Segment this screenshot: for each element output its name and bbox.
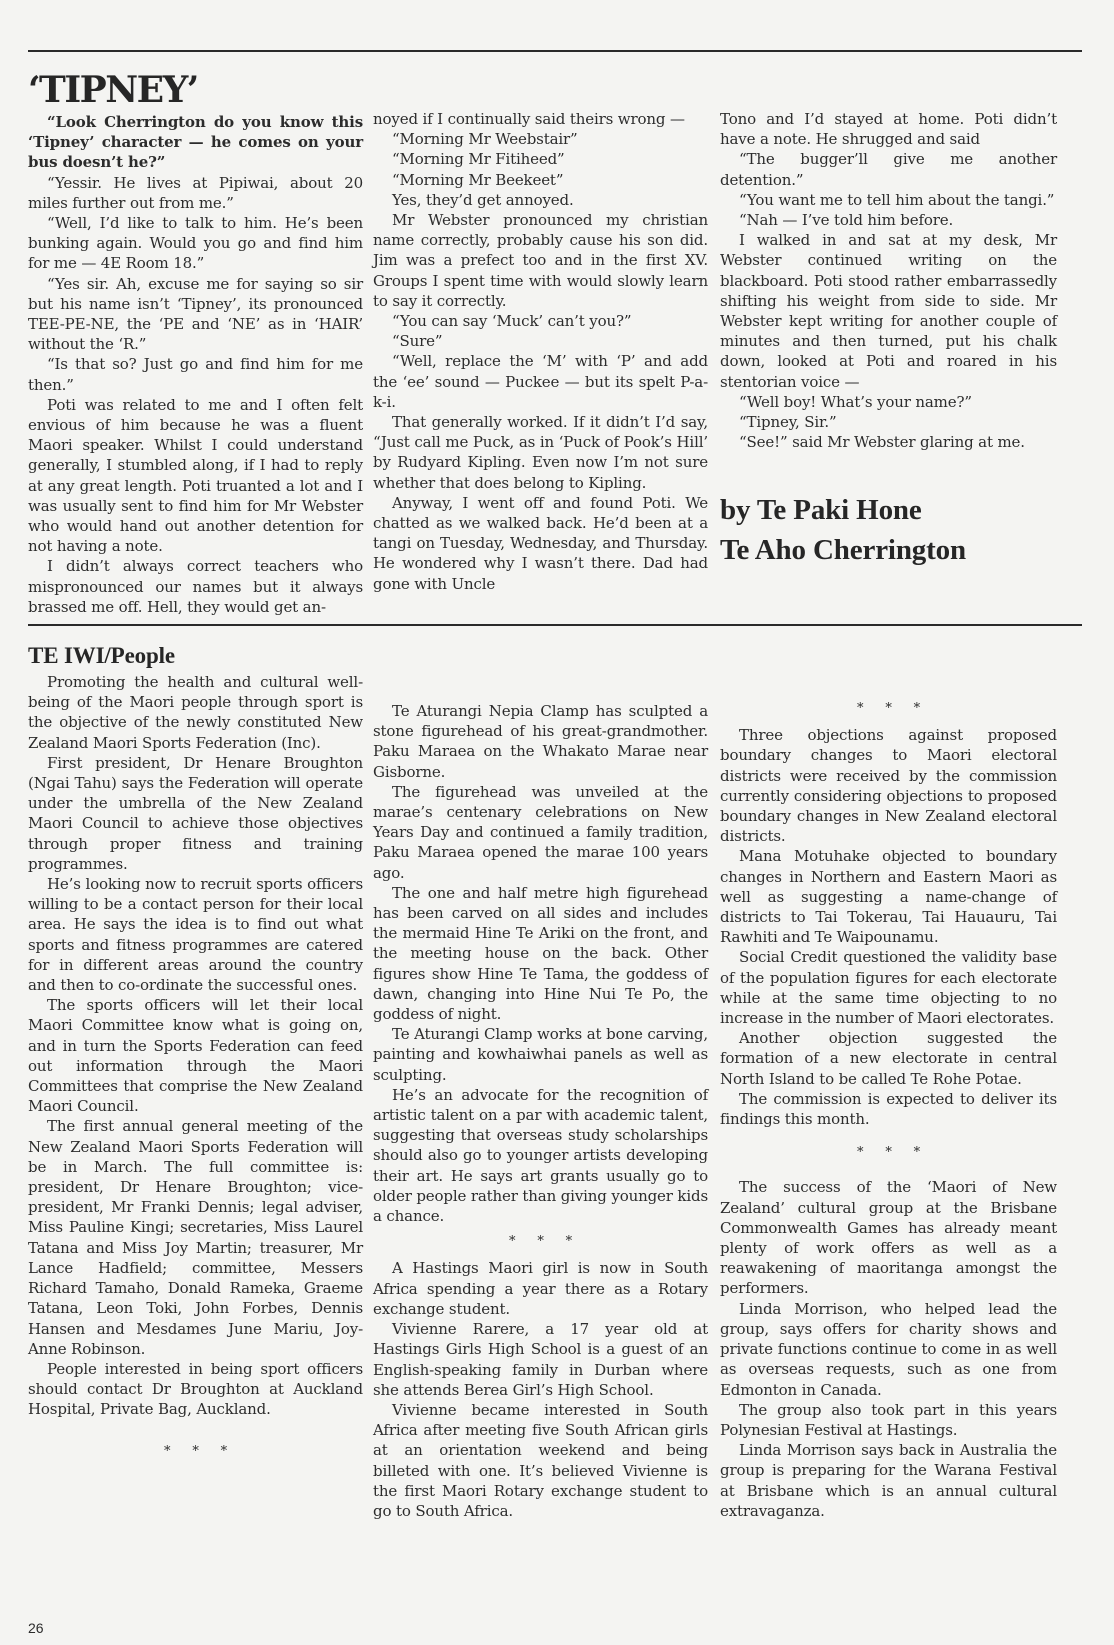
section-separator: * * * <box>373 1232 708 1252</box>
paragraph: “The bugger’ll give me another detention… <box>720 149 1057 189</box>
paragraph: People interested in being sport officer… <box>28 1359 363 1420</box>
paragraph: “Tipney, Sir.” <box>720 412 1057 432</box>
middle-rule <box>28 624 1082 626</box>
paragraph: I didn’t always correct teachers who mis… <box>28 556 363 617</box>
paragraph: Social Credit questioned the validity ba… <box>720 947 1057 1028</box>
te-iwi-column-2: Te Aturangi Nepia Clamp has sculpted a s… <box>373 701 708 1521</box>
section-separator: * * * <box>28 1442 363 1462</box>
paragraph: The commission is expected to deliver it… <box>720 1089 1057 1129</box>
paragraph: Tono and I’d stayed at home. Poti didn’t… <box>720 109 1057 149</box>
paragraph: Linda Morrison, who helped lead the grou… <box>720 1299 1057 1400</box>
paragraph: Mr Webster pronounced my christian name … <box>373 210 708 311</box>
article-title: ‘TIPNEY’ <box>28 70 363 110</box>
paragraph: “Nah — I’ve told him before. <box>720 210 1057 230</box>
paragraph: Te Aturangi Clamp works at bone carving,… <box>373 1024 708 1085</box>
paragraph: “Well boy! What’s your name?” <box>720 392 1057 412</box>
paragraph: Another objection suggested the formatio… <box>720 1028 1057 1089</box>
paragraph: noyed if I continually said theirs wrong… <box>373 109 708 129</box>
lead-paragraph: “Look Cherrington do you know this ‘Tipn… <box>28 112 363 173</box>
paragraph: “Sure” <box>373 331 708 351</box>
paragraph: He’s looking now to recruit sports offic… <box>28 874 363 995</box>
top-rule <box>28 50 1082 52</box>
byline-line-1: by Te Paki Hone <box>720 490 1057 530</box>
paragraph: “Morning Mr Fitiheed” <box>373 149 708 169</box>
tipney-column-1: ‘TIPNEY’ “Look Cherrington do you know t… <box>28 70 363 617</box>
paragraph: Yes, they’d get annoyed. <box>373 190 708 210</box>
tipney-column-2: noyed if I continually said theirs wrong… <box>373 109 708 594</box>
paragraph: Vivienne Rarere, a 17 year old at Hastin… <box>373 1319 708 1400</box>
paragraph: “Is that so? Just go and find him for me… <box>28 354 363 394</box>
paragraph: The figurehead was unveiled at the marae… <box>373 782 708 883</box>
paragraph: First president, Dr Henare Broughton (Ng… <box>28 753 363 874</box>
paragraph: The one and half metre high figurehead h… <box>373 883 708 1024</box>
paragraph: Mana Motuhake objected to boundary chang… <box>720 846 1057 947</box>
section-title: TE IWI/People <box>28 642 363 670</box>
byline-line-2: Te Aho Cherrington <box>720 530 1057 570</box>
paragraph: He’s an advocate for the recognition of … <box>373 1085 708 1226</box>
author-byline: by Te Paki Hone Te Aho Cherrington <box>720 490 1057 570</box>
paragraph: “Morning Mr Beekeet” <box>373 170 708 190</box>
section-separator: * * * <box>720 699 1057 719</box>
paragraph: A Hastings Maori girl is now in South Af… <box>373 1258 708 1319</box>
paragraph: Te Aturangi Nepia Clamp has sculpted a s… <box>373 701 708 782</box>
tipney-column-3: Tono and I’d stayed at home. Poti didn’t… <box>720 109 1057 570</box>
paragraph: “Well, I’d like to talk to him. He’s bee… <box>28 213 363 274</box>
page-number: 26 <box>28 1620 44 1636</box>
paragraph: “See!” said Mr Webster glaring at me. <box>720 432 1057 452</box>
paragraph: “You want me to tell him about the tangi… <box>720 190 1057 210</box>
te-iwi-column-1: TE IWI/People Promoting the health and c… <box>28 642 363 1468</box>
paragraph: “Morning Mr Weebstair” <box>373 129 708 149</box>
paragraph: Vivienne became interested in South Afri… <box>373 1400 708 1521</box>
paragraph: “Well, replace the ‘M’ with ‘P’ and add … <box>373 351 708 412</box>
paragraph: The group also took part in this years P… <box>720 1400 1057 1440</box>
paragraph: The success of the ‘Maori of New Zealand… <box>720 1177 1057 1298</box>
section-separator: * * * <box>720 1143 1057 1163</box>
paragraph: The first annual general meeting of the … <box>28 1116 363 1358</box>
paragraph: That generally worked. If it didn’t I’d … <box>373 412 708 493</box>
paragraph: Linda Morrison says back in Australia th… <box>720 1440 1057 1521</box>
paragraph: “You can say ‘Muck’ can’t you?” <box>373 311 708 331</box>
paragraph: Promoting the health and cultural well-b… <box>28 672 363 753</box>
paragraph: Anyway, I went off and found Poti. We ch… <box>373 493 708 594</box>
te-iwi-column-3: * * * Three objections against proposed … <box>720 693 1057 1521</box>
paragraph: Three objections against proposed bounda… <box>720 725 1057 846</box>
paragraph: I walked in and sat at my desk, Mr Webst… <box>720 230 1057 392</box>
paragraph: “Yes sir. Ah, excuse me for saying so si… <box>28 274 363 355</box>
paragraph: Poti was related to me and I often felt … <box>28 395 363 557</box>
paragraph: “Yessir. He lives at Pipiwai, about 20 m… <box>28 173 363 213</box>
paragraph: The sports officers will let their local… <box>28 995 363 1116</box>
